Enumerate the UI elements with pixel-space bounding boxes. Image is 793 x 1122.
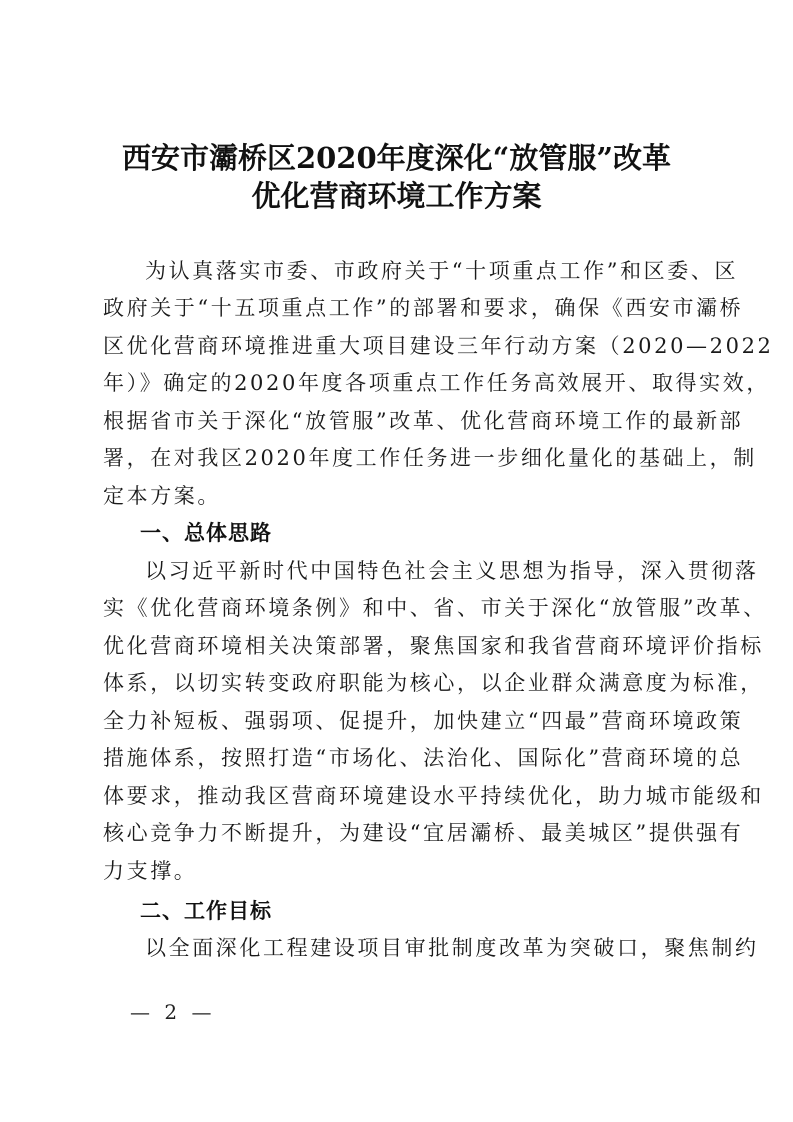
paragraph-line: 区优化营商环境推进重大项目建设三年行动方案（2020—2022: [103, 331, 693, 361]
paragraph-line: 政府关于“十五项重点工作”的部署和要求，确保《西安市灞桥: [103, 293, 693, 323]
paragraph-line: 力支撑。: [103, 856, 693, 886]
paragraph-line: 体系，以切实转变政府职能为核心，以企业群众满意度为标准，: [103, 668, 693, 698]
paragraph-line: 核心竞争力不断提升，为建设“宜居灞桥、最美城区”提供强有: [103, 818, 693, 848]
document-title-line-1: 西安市灞桥区2020年度深化“放管服”改革: [0, 140, 793, 176]
paragraph-line: 为认真落实市委、市政府关于“十项重点工作”和区委、区: [145, 256, 693, 286]
paragraph-line: 根据省市关于深化“放管服”改革、优化营商环境工作的最新部: [103, 406, 693, 436]
page-number: — 2 —: [130, 1000, 215, 1024]
section-heading-work-goals: 二、工作目标: [140, 896, 272, 926]
paragraph-line: 实《优化营商环境条例》和中、省、市关于深化“放管服”改革、: [103, 593, 693, 623]
paragraph-line: 署，在对我区2020年度工作任务进一步细化量化的基础上，制: [103, 443, 693, 473]
paragraph-line: 全力补短板、强弱项、促提升，加快建立“四最”营商环境政策: [103, 706, 693, 736]
paragraph-line: 以习近平新时代中国特色社会主义思想为指导，深入贯彻落: [145, 556, 693, 586]
paragraph-line: 以全面深化工程建设项目审批制度改革为突破口，聚焦制约: [145, 933, 693, 963]
paragraph-line: 措施体系，按照打造“市场化、法治化、国际化”营商环境的总: [103, 743, 693, 773]
paragraph-line: 定本方案。: [103, 481, 693, 511]
paragraph-line: 年）》确定的2020年度各项重点工作任务高效展开、取得实效，: [103, 368, 693, 398]
document-title-line-2: 优化营商环境工作方案: [0, 178, 793, 214]
paragraph-line: 体要求，推动我区营商环境建设水平持续优化，助力城市能级和: [103, 781, 693, 811]
document-page: 西安市灞桥区2020年度深化“放管服”改革 优化营商环境工作方案 为认真落实市委…: [0, 0, 793, 1122]
paragraph-line: 优化营商环境相关决策部署，聚焦国家和我省营商环境评价指标: [103, 631, 693, 661]
section-heading-overall-approach: 一、总体思路: [140, 518, 272, 548]
